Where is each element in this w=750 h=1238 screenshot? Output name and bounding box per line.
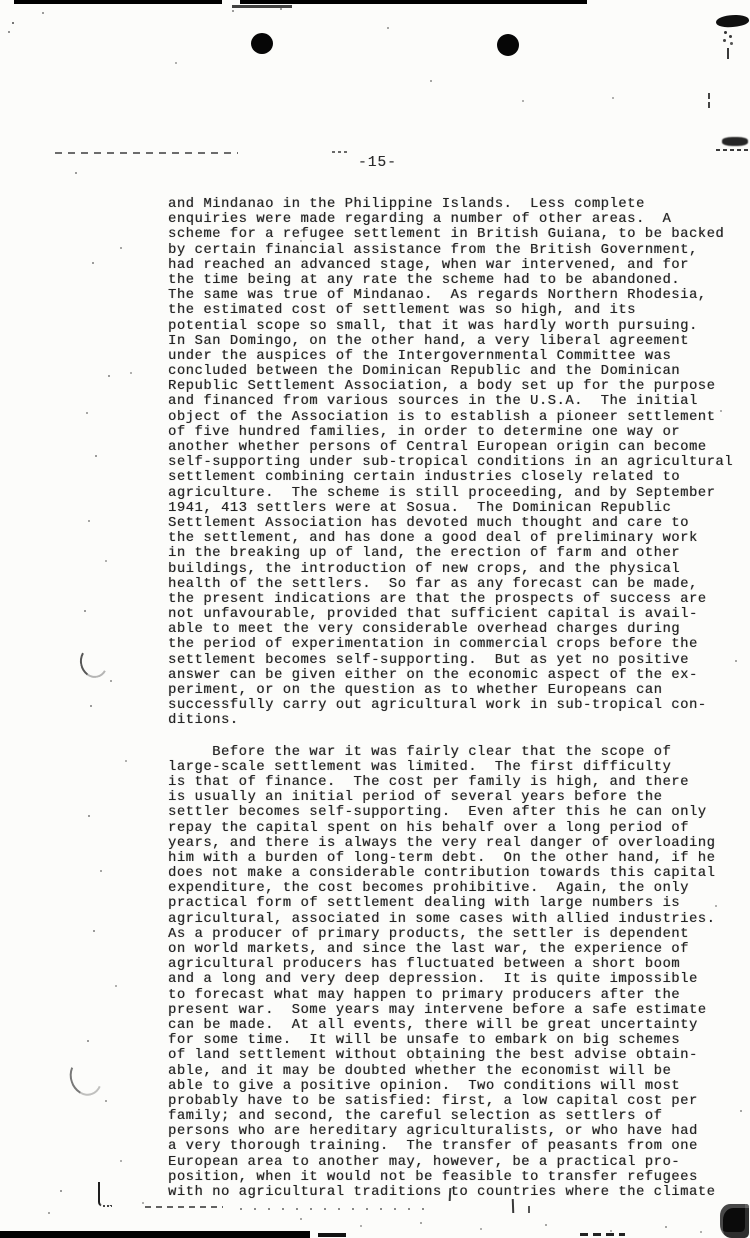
header-dashed-rule [55,152,238,154]
text-line: In San Domingo, on the other hand, a ver… [168,334,746,349]
header-dashed-rule [332,151,347,153]
footer-dashed-mark [145,1206,223,1208]
text-line: able, and it may be doubted whether the … [168,1064,746,1079]
text-line: by certain financial assistance from the… [168,243,746,258]
text-line: expenditure, the cost becomes prohibitiv… [168,881,746,896]
text-line: answer can be given either on the econom… [168,668,746,683]
text-line: European area to another may, however, b… [168,1155,746,1170]
text-line: and financed from various sources in the… [168,394,746,409]
text-line: and a long and very deep depression. It … [168,972,746,987]
page-number: -15- [358,155,397,171]
text-line: persons who are hereditary agriculturali… [168,1124,746,1139]
text-line: successfully carry out agricultural work… [168,698,746,713]
margin-dashed-mark [716,149,749,151]
text-line: agricultural producers has fluctuated be… [168,957,746,972]
text-line: able to meet the very considerable overh… [168,622,746,637]
text-line: a very thorough training. The transfer o… [168,1139,746,1154]
text-line: the settlement, and has done a good deal… [168,531,746,546]
text-line: had reached an advanced stage, when war … [168,258,746,273]
text-line: on world markets, and since the last war… [168,942,746,957]
text-line: enquiries were made regarding a number o… [168,212,746,227]
text-line: health of the settlers. So far as any fo… [168,577,746,592]
corner-tick-mark [727,48,729,59]
footer-dotted-trace [240,1208,430,1210]
scan-top-edge-bar [240,0,587,4]
text-line: able to give a positive opinion. Two con… [168,1079,746,1094]
text-line: Before the war it was fairly clear that … [168,745,746,760]
text-line: can be made. At all events, there will b… [168,1018,746,1033]
corner-ink-blob [720,1204,749,1238]
text-line: position, when it would not be feasible … [168,1170,746,1185]
text-line: buildings, the introduction of new crops… [168,562,746,577]
text-line: agricultural, associated in some cases w… [168,912,746,927]
text-line: under the auspices of the Intergovernmen… [168,349,746,364]
text-line: the present indications are that the pro… [168,592,746,607]
punch-hole-dot [497,34,519,56]
text-line: As a producer of primary products, the s… [168,927,746,942]
text-line: settler becomes self-supporting. Even af… [168,805,746,820]
paragraph: and Mindanao in the Philippine Islands. … [168,197,746,729]
corner-pencil-scribble [715,13,749,29]
text-line: is that of finance. The cost per family … [168,775,746,790]
text-line: and Mindanao in the Philippine Islands. … [168,197,746,212]
text-line: object of the Association is to establis… [168,410,746,425]
text-line: settlement combining certain industries … [168,470,746,485]
text-line: him with a burden of long-term debt. On … [168,851,746,866]
scan-bottom-edge-mark [580,1233,625,1236]
margin-tick-mark [708,102,710,108]
text-line: years, and there is always the very real… [168,836,746,851]
text-line: Republic Settlement Association, a body … [168,379,746,394]
margin-pen-arc [65,1054,107,1100]
text-line: 1941, 413 settlers were at Sosua. The Do… [168,501,746,516]
text-line: of five hundred families, in order to de… [168,425,746,440]
scanned-document-page: -15- and Mindanao in the Philippine Isla… [0,0,750,1238]
text-line: The same was true of Mindanao. As regard… [168,288,746,303]
scan-top-edge-mark [232,5,292,8]
text-line: of land settlement without obtaining the… [168,1048,746,1063]
text-line: the time being at any rate the scheme ha… [168,273,746,288]
margin-pen-arc [77,643,111,680]
text-line: with no agricultural traditions to count… [168,1185,746,1200]
text-line: ditions. [168,713,746,728]
text-line: the period of experimentation in commerc… [168,637,746,652]
text-line: Settlement Association has devoted much … [168,516,746,531]
text-line: family; and second, the careful selectio… [168,1109,746,1124]
text-line: self-supporting under sub-tropical condi… [168,455,746,470]
margin-bracket-mark [98,1182,112,1207]
text-line: another whether persons of Central Europ… [168,440,746,455]
text-line: probably have to be satisfied: first, a … [168,1094,746,1109]
corner-ink-dots [724,31,727,34]
text-line: present war. Some years may intervene be… [168,1003,746,1018]
text-line: in the breaking up of land, the erection… [168,546,746,561]
text-line: periment, or on the question as to wheth… [168,683,746,698]
text-line: to forecast what may happen to primary p… [168,988,746,1003]
text-line: scheme for a refugee settlement in Briti… [168,227,746,242]
text-line: does not make a considerable contributio… [168,866,746,881]
text-line: settlement becomes self-supporting. But … [168,653,746,668]
margin-ink-smudge [722,137,748,146]
text-line: practical form of settlement dealing wit… [168,896,746,911]
text-line: the estimated cost of settlement was so … [168,303,746,318]
text-line: concluded between the Dominican Republic… [168,364,746,379]
text-line: for some time. It will be unsafe to emba… [168,1033,746,1048]
scan-bottom-edge-bar [0,1231,310,1238]
typewritten-text-block: and Mindanao in the Philippine Islands. … [168,197,746,1200]
scan-noise-specks [12,22,14,24]
text-line: is usually an initial period of several … [168,790,746,805]
text-line: potential scope so small, that it was ha… [168,319,746,334]
footer-tick-mark [512,1199,514,1213]
scan-bottom-edge-bar [318,1233,346,1237]
footer-tick-mark [528,1206,530,1213]
paragraph: Before the war it was fairly clear that … [168,745,746,1201]
text-line: not unfavourable, provided that sufficie… [168,607,746,622]
text-line: large-scale settlement was limited. The … [168,760,746,775]
text-line: repay the capital spent on his behalf ov… [168,821,746,836]
margin-tick-mark [708,93,710,99]
text-line: agriculture. The scheme is still proceed… [168,486,746,501]
scan-top-edge-bar [14,0,222,4]
punch-hole-dot [251,33,273,54]
